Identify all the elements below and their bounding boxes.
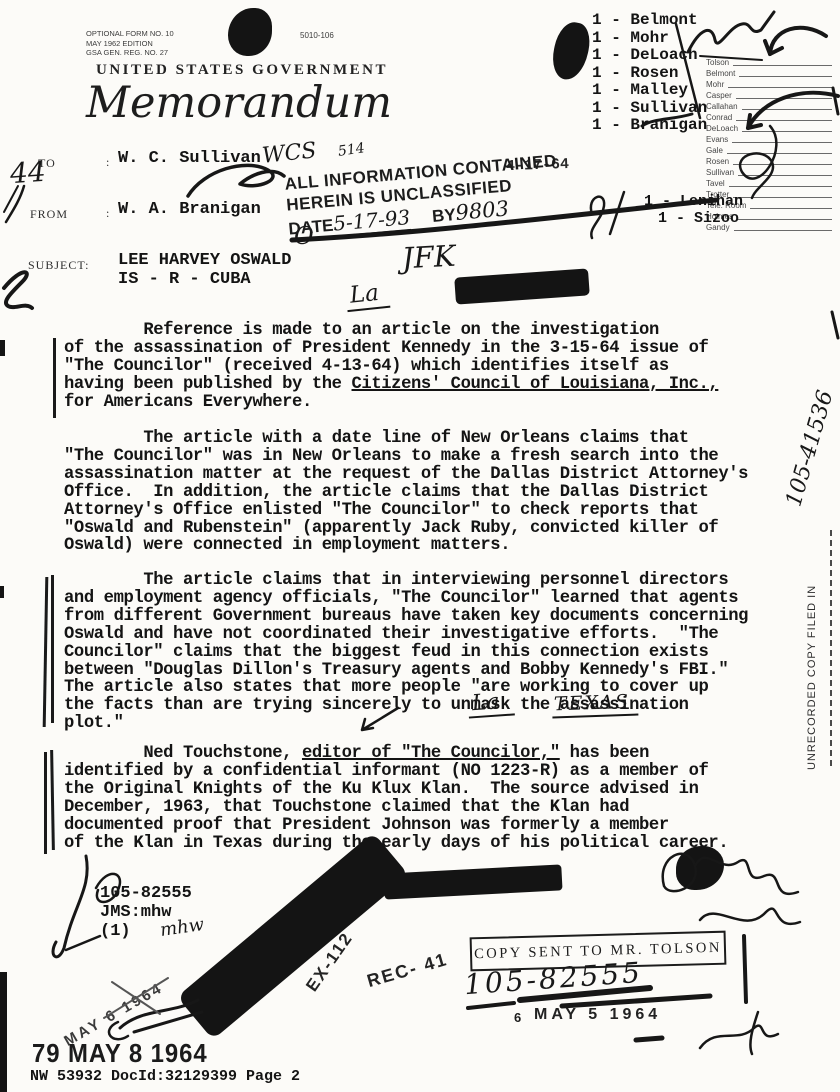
margin-emphasis-line [44, 752, 47, 854]
unrecorded-fill-line [830, 530, 832, 766]
paragraph-4-text: Ned Touchstone, [64, 744, 302, 763]
routing-line [750, 208, 832, 209]
routing-line [742, 131, 832, 132]
la-handwriting-2: La [467, 688, 515, 718]
routing-line [738, 175, 832, 176]
routing-row: Evans [706, 133, 834, 144]
routing-name: Rosen [706, 157, 729, 166]
distribution-list: 1 - Belmont 1 - Mohr 1 - DeLoach 1 - Ros… [592, 12, 707, 135]
scan-edge-artifact [0, 972, 7, 1092]
distribution-item: 1 - Rosen [592, 65, 707, 83]
arrow-to-tolson-head [765, 41, 782, 54]
routing-row: Gale [706, 144, 834, 155]
rec-41-stamp: REC- 41 [365, 949, 451, 992]
may5-1964-stamp: MAY 5 1964 [534, 1006, 661, 1024]
memo-page: OPTIONAL FORM NO. 10 MAY 1962 EDITION GS… [0, 0, 840, 1092]
routing-line [737, 219, 832, 220]
routing-line [734, 230, 832, 231]
routing-name: DeLoach [706, 124, 738, 133]
paragraph-3: The article claims that in interviewing … [64, 572, 804, 733]
subject-line1: LEE HARVEY OSWALD [118, 251, 291, 270]
footer-docid-line: NW 53932 DocId:32129399 Page 2 [30, 1068, 300, 1085]
paragraph-4: Ned Touchstone, editor of "The Councilor… [64, 745, 804, 852]
routing-line [733, 65, 832, 66]
government-heading: UNITED STATES GOVERNMENT [96, 62, 388, 79]
routing-name: Belmont [706, 69, 735, 78]
routing-row: Casper [706, 89, 834, 100]
jfk-handwriting: JFK [401, 239, 456, 276]
to-colon: : [106, 155, 110, 170]
routing-name: Mohr [706, 80, 724, 89]
routing-row: Callahan [706, 100, 834, 111]
file-number-strike3 [468, 1003, 514, 1008]
file-signature-scribble [700, 1012, 778, 1054]
paragraph-4-underlined: editor of "The Councilor," [302, 744, 560, 763]
may5-stamp-prefix: 6 [514, 1010, 521, 1025]
signature-loop3 [700, 909, 800, 924]
distribution-item: 1 - Sullivan [592, 100, 707, 118]
routing-line [729, 186, 832, 187]
left-margin-slash [6, 186, 24, 222]
distribution-item: 1 - Branigan [592, 117, 707, 135]
routing-name: Casper [706, 91, 732, 100]
routing-row: Conrad [706, 111, 834, 122]
routing-name: Evans [706, 135, 728, 144]
routing-line [727, 153, 832, 154]
routing-line [736, 98, 832, 99]
file-number-strike2 [562, 996, 710, 1006]
bottom-dash [636, 1038, 662, 1040]
routing-name: Gale [706, 146, 723, 155]
la-handwriting-1: La [345, 279, 391, 312]
routing-line [739, 76, 832, 77]
ink-blot-bottom-right [676, 846, 724, 890]
distribution-item: 1 - DeLoach [592, 47, 707, 65]
from-label: FROM [30, 207, 68, 222]
margin-emphasis-line [53, 338, 56, 418]
memorandum-title: Memorandum [86, 78, 392, 128]
bottomleft-tick [66, 936, 100, 950]
optional-form-line: OPTIONAL FORM NO. 10 [86, 29, 174, 39]
subject-line2: IS - R - CUBA [118, 270, 291, 289]
routing-line [728, 87, 832, 88]
vertical-pen-bar [744, 936, 746, 1002]
from-value: W. A. Branigan [118, 200, 261, 219]
routing-row: Tolson [706, 56, 834, 67]
bottomleft-pen-stroke [53, 856, 87, 957]
may8-1964-stamp: 79 MAY 8 1964 [32, 1038, 208, 1069]
redaction-bar-horizontal [383, 864, 562, 899]
branigan-scribble [188, 165, 284, 196]
routing-name: Callahan [706, 102, 738, 111]
routing-row: Mohr [706, 78, 834, 89]
ink-blot-top [228, 8, 272, 56]
declass-by-label: BY [431, 205, 456, 226]
subject-value: LEE HARVEY OSWALD IS - R - CUBA [118, 251, 291, 289]
declass-by-value: 9803 [454, 196, 509, 225]
paragraph-2: The article with a date line of New Orle… [64, 430, 804, 555]
routing-line [733, 164, 832, 165]
routing-row: Tavel [706, 177, 834, 188]
form-number: 5010-106 [300, 31, 334, 40]
paragraph-1-underlined: Citizens' Council of Louisiana, Inc., [352, 375, 719, 394]
paragraph-1-rest: for Americans Everywhere. [64, 393, 312, 412]
arrow-to-tolson [770, 28, 826, 54]
routing-line [736, 120, 832, 121]
wcs-initials-handwriting: WCS [261, 138, 318, 169]
declass-date-label: DATE [288, 216, 335, 239]
ink-blot-distribution [548, 19, 593, 83]
routing-line [733, 197, 832, 198]
routing-row: Belmont [706, 67, 834, 78]
scan-edge-artifact [0, 586, 4, 598]
routing-row: Rosen [706, 155, 834, 166]
routing-line [742, 109, 832, 110]
margin-emphasis-line [51, 575, 54, 723]
margin-emphasis-line [43, 577, 49, 727]
routing-name: Sullivan [706, 168, 734, 177]
distribution-extra-sizoo: 1 - Sizoo [658, 210, 739, 227]
case-file-number: 105-82555 [100, 884, 192, 903]
distribution-item: 1 - Belmont [592, 12, 707, 30]
routing-row: Sullivan [706, 166, 834, 177]
routing-name: Tolson [706, 58, 729, 67]
paragraph-1: Reference is made to an article on the i… [64, 322, 794, 412]
form-edition-block: OPTIONAL FORM NO. 10 MAY 1962 EDITION GS… [86, 29, 174, 58]
number-514-handwriting: 514 [337, 140, 366, 160]
distribution-extra-lenihan: 1 - Lenihan [644, 193, 743, 210]
right-edge-tick [832, 312, 838, 338]
distribution-item: 1 - Mohr [592, 30, 707, 48]
subject-label: SUBJECT: [28, 258, 89, 273]
redaction-bar-top [454, 268, 590, 304]
to-value: W. C. Sullivan [118, 149, 261, 168]
distribution-item: 1 - Malley [592, 82, 707, 100]
edition-line: MAY 1962 EDITION [86, 39, 174, 49]
redaction-bar-diagonal [177, 832, 409, 1039]
declass-date-value: 5-17-93 [332, 205, 411, 238]
mhw-handwriting: mhw [159, 914, 206, 941]
from-colon: : [106, 206, 110, 221]
routing-row: DeLoach [706, 122, 834, 133]
gsa-line: GSA GEN. REG. NO. 27 [86, 48, 174, 58]
margin-44-handwriting: 44 [9, 155, 47, 190]
unrecorded-copy-vertical-text: UNRECORDED COPY FILED IN [806, 528, 818, 770]
scan-edge-artifact [0, 340, 5, 356]
routing-line [732, 142, 832, 143]
margin-emphasis-line [50, 750, 54, 850]
routing-name: Conrad [706, 113, 732, 122]
texas-handwriting: TEXAS [552, 691, 639, 719]
routing-name: Tavel [706, 179, 725, 188]
subject-pen-mark [4, 272, 32, 308]
